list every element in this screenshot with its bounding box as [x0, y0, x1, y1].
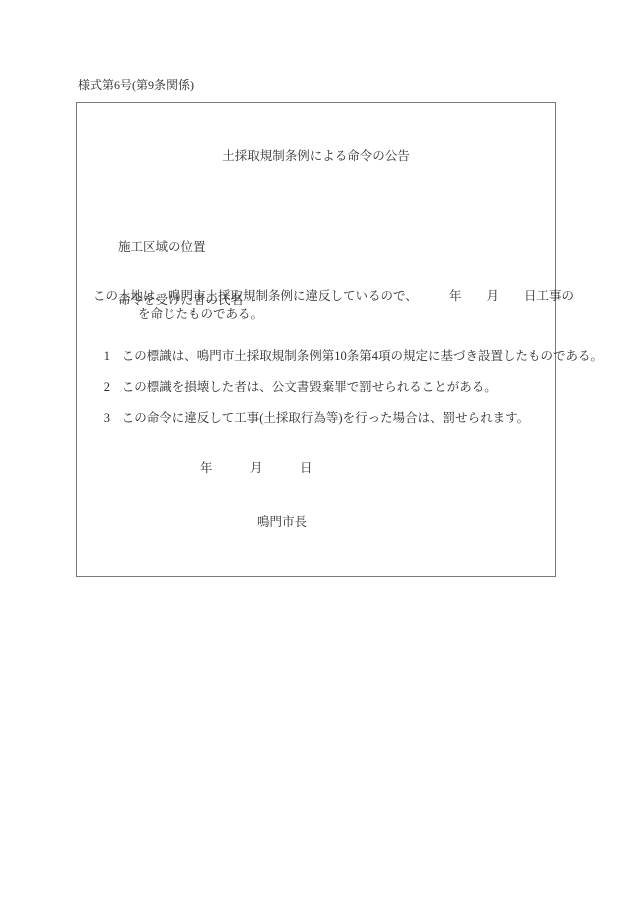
document-page: 様式第6号(第9条関係) 土採取規制条例による命令の公告 施工区域の位置 命令を…	[0, 0, 630, 915]
item-text: この命令に違反して工事(土採取行為等)を行った場合は、罰せられます。	[122, 411, 529, 425]
field-construction-area-location: 施工区域の位置	[118, 239, 243, 257]
signature-mayor: 鳴門市長	[257, 512, 307, 530]
item-text: この標識を損壊した者は、公文書毀棄罪で罰せられることがある。	[122, 380, 497, 394]
item-number: 3	[104, 411, 122, 426]
date-line: 年 月 日	[200, 458, 313, 476]
item-text: この標識は、鳴門市土採取規制条例第10条第4項の規定に基づき設置したものである。	[122, 349, 603, 363]
body-paragraph-line-1: この土地は、鳴門市土採取規制条例に違反しているので、 年 月 日工事の	[93, 286, 574, 304]
field-lines: 施工区域の位置 命令を受けた者の氏名	[118, 204, 243, 344]
form-number-label: 様式第6号(第9条関係)	[78, 78, 194, 92]
notice-title: 土採取規制条例による命令の公告	[77, 146, 555, 164]
numbered-item: 3この命令に違反して工事(土採取行為等)を行った場合は、罰せられます。	[85, 393, 529, 441]
notice-box: 土採取規制条例による命令の公告 施工区域の位置 命令を受けた者の氏名 この土地は…	[76, 102, 556, 577]
body-paragraph-line-2: を命じたものである。	[138, 304, 263, 322]
